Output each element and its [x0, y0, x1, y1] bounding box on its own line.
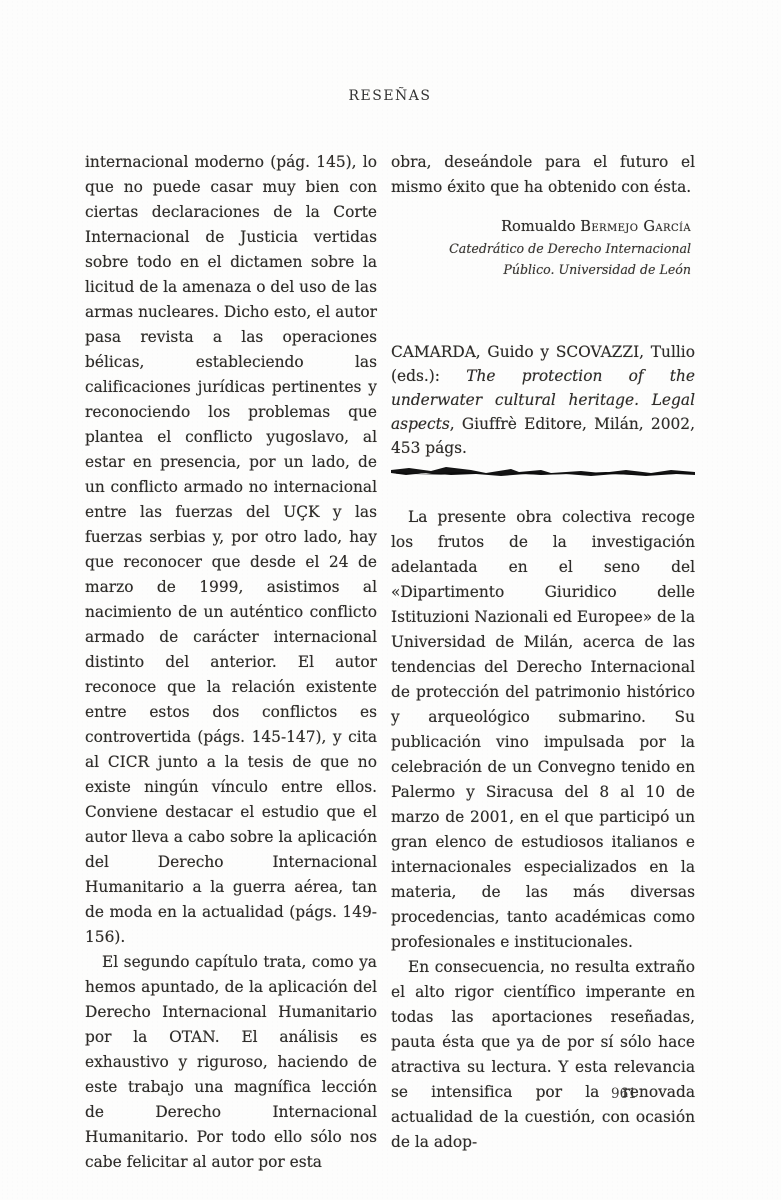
- review-paragraph: internacional moderno (pág. 145), lo que…: [85, 150, 377, 950]
- reviewer-first-name: Romualdo: [501, 218, 580, 235]
- reviewer-signature-block: Romualdo Bermejo García Catedrático de D…: [391, 216, 695, 280]
- page-number: 961: [611, 1086, 637, 1102]
- reviewer-affiliation-line1: Catedrático de Derecho Internacional: [391, 238, 691, 259]
- review-body: La presente obra colectiva recoge los fr…: [391, 505, 695, 1155]
- review-closing-paragraph: obra, deseándole para el futuro el mismo…: [391, 150, 695, 200]
- running-header: RESEÑAS: [85, 88, 695, 104]
- left-text-column: internacional moderno (pág. 145), lo que…: [85, 150, 377, 1175]
- reviewer-name: Romualdo Bermejo García: [391, 216, 691, 238]
- review-paragraph: En consecuencia, no resulta extraño el a…: [391, 955, 695, 1155]
- scanned-page: RESEÑAS internacional moderno (pág. 145)…: [0, 0, 781, 1200]
- review-paragraph: La presente obra colectiva recoge los fr…: [391, 505, 695, 955]
- book-citation-heading: CAMARDA, Guido y SCOVAZZI, Tullio (eds.)…: [391, 340, 695, 460]
- reviewer-surname: Bermejo García: [580, 218, 691, 235]
- ink-smudge-divider: [391, 465, 695, 477]
- reviewer-affiliation-line2: Público. Universidad de León: [391, 259, 691, 280]
- review-paragraph: El segundo capítulo trata, como ya hemos…: [85, 950, 377, 1175]
- right-text-column: obra, deseándole para el futuro el mismo…: [391, 150, 695, 1155]
